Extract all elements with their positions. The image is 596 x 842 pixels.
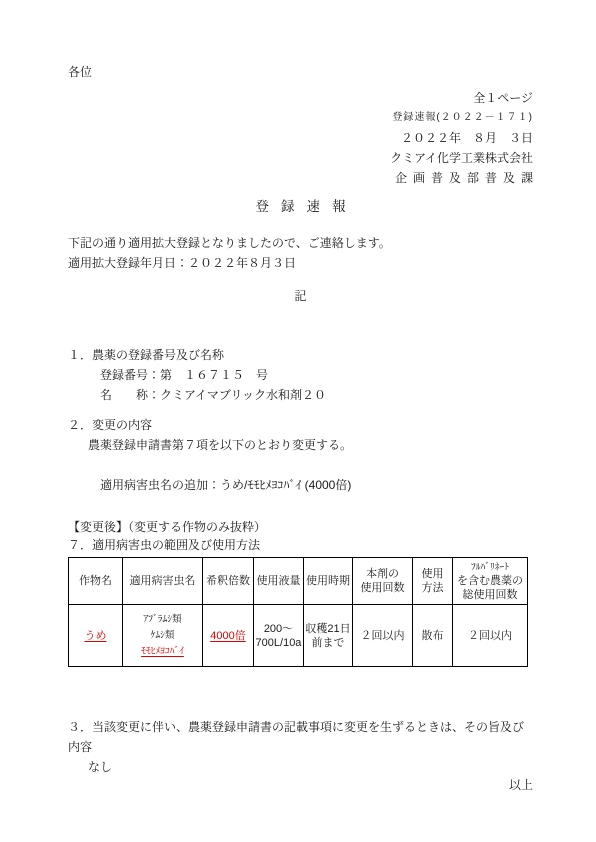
product-name: 名 称：クミアイマブリック水和剤２０ xyxy=(68,385,533,405)
usage-table: 作物名 適用病害虫名 希釈倍数 使用液量 使用時期 本剤の 使用回数 使用 方法… xyxy=(68,557,528,667)
header-method: 使用 方法 xyxy=(413,558,453,605)
header-timing: 使用時期 xyxy=(304,558,353,605)
header-product-uses: 本剤の 使用回数 xyxy=(353,558,413,605)
cell-pest: ｱﾌﾞﾗﾑｼ類 ｹﾑｼ類 ﾓﾓﾋﾒﾖｺﾊﾞｲ xyxy=(123,605,203,667)
intro-line-1: 下記の通り適用拡大登録となりましたので、ご連絡します。 xyxy=(68,233,533,253)
section-change-details: ２．変更の内容 農薬登録申請書第７項を以下のとおり変更する。 適用病害虫名の追加… xyxy=(68,415,533,495)
document-page: 各位 全１ページ 登録速報(２０２２－１７１) ２０２２年 ８月 ３日 クミアイ… xyxy=(0,0,596,842)
section1-heading: １．農薬の登録番号及び名称 xyxy=(68,345,533,365)
cell-product-uses: ２回以内 xyxy=(353,605,413,667)
cell-volume: 200～ 700L/10a xyxy=(254,605,304,667)
cell-timing: 収穫21日 前まで xyxy=(304,605,353,667)
section3-heading: ３．当該変更に伴い、農薬登録申請書の記載事項に変更を生ずるときは、その旨及び内容 xyxy=(68,717,533,757)
page-count: 全１ページ xyxy=(68,88,533,108)
section3-body: なし xyxy=(68,757,533,777)
header-total-uses: ﾌﾙﾊﾞﾘﾈｰﾄ を含む農薬の 総使用回数 xyxy=(453,558,528,605)
header-total-uses-line1: ﾌﾙﾊﾞﾘﾈｰﾄ xyxy=(454,561,526,574)
table-row: うめ ｱﾌﾞﾗﾑｼ類 ｹﾑｼ類 ﾓﾓﾋﾒﾖｺﾊﾞｲ 4000倍 200～ 700… xyxy=(69,605,528,667)
pest-addition-note: 適用病害虫名の追加：うめ/ﾓﾓﾋﾒﾖｺﾊﾞｲ (4000倍) xyxy=(68,475,533,495)
record-marker: 記 xyxy=(68,288,533,304)
header-volume: 使用液量 xyxy=(254,558,304,605)
header-pest: 適用病害虫名 xyxy=(123,558,203,605)
cell-dilution: 4000倍 xyxy=(203,605,254,667)
cell-crop: うめ xyxy=(69,605,123,667)
intro-line-2: 適用拡大登録年月日：２０２２年８月３日 xyxy=(68,253,533,273)
company-name: クミアイ化学工業株式会社 xyxy=(68,148,533,168)
section-registration-info: １．農薬の登録番号及び名称 登録番号：第 １６７１５ 号 名 称：クミアイマブリ… xyxy=(68,345,533,405)
pest-leafhopper: ﾓﾓﾋﾒﾖｺﾊﾞｲ xyxy=(124,644,201,660)
crop-value: うめ xyxy=(85,630,107,642)
registration-number: 登録番号：第 １６７１５ 号 xyxy=(68,365,533,385)
department-name: 企画普及部普及課 xyxy=(68,168,539,188)
pest-caterpillars: ｹﾑｼ類 xyxy=(124,628,201,644)
cell-method: 散布 xyxy=(413,605,453,667)
section7-heading: ７．適用病害虫の範囲及び使用方法 xyxy=(68,536,533,554)
header-block: 全１ページ 登録速報(２０２２－１７１) ２０２２年 ８月 ３日 クミアイ化学工… xyxy=(68,88,533,188)
intro-block: 下記の通り適用拡大登録となりましたので、ご連絡します。 適用拡大登録年月日：２０… xyxy=(68,233,533,273)
after-change-note: 【変更後】（変更する作物のみ抜粋） xyxy=(68,518,533,536)
document-title: 登録速報 xyxy=(68,198,533,215)
section2-heading: ２．変更の内容 xyxy=(68,415,533,435)
table-header-row: 作物名 適用病害虫名 希釈倍数 使用液量 使用時期 本剤の 使用回数 使用 方法… xyxy=(69,558,528,605)
section-other-changes: ３．当該変更に伴い、農薬登録申請書の記載事項に変更を生ずるときは、その旨及び内容… xyxy=(68,717,533,777)
dilution-value: 4000倍 xyxy=(210,630,245,642)
header-total-uses-line2: を含む農薬の xyxy=(454,574,526,588)
closing-mark: 以上 xyxy=(68,777,533,793)
issue-date: ２０２２年 ８月 ３日 xyxy=(68,128,533,148)
header-total-uses-line3: 総使用回数 xyxy=(454,588,526,602)
bulletin-number: 登録速報(２０２２－１７１) xyxy=(68,108,533,128)
header-crop: 作物名 xyxy=(69,558,123,605)
pest-aphids: ｱﾌﾞﾗﾑｼ類 xyxy=(124,612,201,628)
section2-body: 農薬登録申請書第７項を以下のとおり変更する。 xyxy=(68,435,533,455)
cell-total-uses: ２回以内 xyxy=(453,605,528,667)
header-dilution: 希釈倍数 xyxy=(203,558,254,605)
salutation: 各位 xyxy=(68,64,533,80)
